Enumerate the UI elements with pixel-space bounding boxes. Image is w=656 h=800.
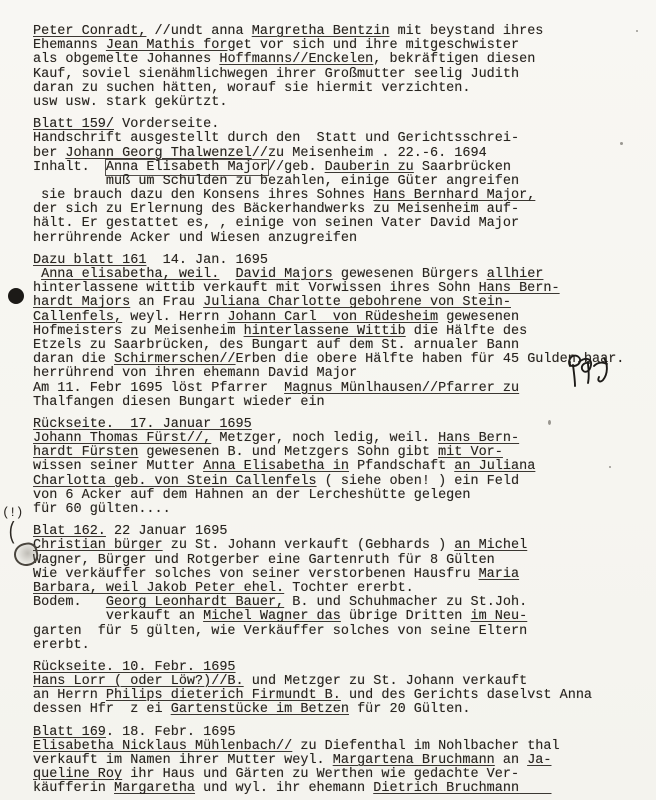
text-line: daran zu suchen hätten, worauf sie hierm… — [33, 82, 646, 96]
text-segment: und des Gerichts daselvst Anna — [341, 688, 592, 703]
underlined-segment: Barbara, weil Jakob Peter ehel. — [33, 581, 284, 596]
underlined-segment: Margretha Bentzin — [252, 24, 390, 39]
text-line: Inhalt. Anna Elisabeth Major//geb. Daube… — [33, 161, 646, 175]
text-line: Rückseite. 10. Febr. 1695 — [33, 661, 646, 675]
underlined-segment: Hans Bernhard Major, — [373, 188, 535, 203]
text-segment: ( siehe oben! ) ein Feld — [317, 474, 520, 489]
text-segment: ihr Haus und Gärten zu Werthen wie gedac… — [122, 767, 519, 782]
text-segment: Etzels zu Saarbrücken, des Bungart auf d… — [33, 338, 519, 353]
underlined-segment: Callenfels, — [33, 310, 122, 325]
text-line: wissen seiner Mutter Anna Elisabetha in … — [33, 460, 646, 474]
text-line: von 6 Acker auf dem Hahnen an der Lerche… — [33, 489, 646, 503]
text-line: Etzels zu Saarbrücken, des Bungart auf d… — [33, 339, 646, 353]
text-line: hardt Fürsten gewesenen B. und Metzgers … — [33, 446, 646, 460]
text-segment: 22 Januar 1695 — [106, 524, 228, 539]
underlined-segment: Georg Leonhardt Bauer, — [106, 595, 284, 610]
text-segment: B. und Schuhmacher zu St.Joh. — [284, 595, 527, 610]
text-segment: ererbt. — [33, 638, 90, 653]
scan-speck — [548, 420, 551, 425]
underlined-segment: Juliana Charlotte gebohrene von Stein- — [203, 295, 511, 310]
text-line: Dazu blatt 161 14. Jan. 1695 — [33, 254, 646, 268]
document-body: Peter Conradt, //undt anna Margretha Ben… — [33, 25, 646, 800]
underlined-segment: Hans Bern- — [438, 431, 519, 446]
boxed-name-segment: Anna Elisabeth Major — [106, 160, 268, 175]
text-segment: garten für 5 gülten, wie Verkäuffer solc… — [33, 624, 527, 639]
text-line: garten für 5 gülten, wie Verkäuffer solc… — [33, 625, 646, 639]
underlined-segment: hinterlassene Wittib — [244, 324, 406, 339]
text-segment: der sich zu Erlernung des Bäckerhandwerk… — [33, 202, 519, 217]
underlined-segment: Blat 162. — [33, 524, 106, 539]
entry-blatt-159-vorderseite: Blatt 159/ Vorderseite.Handschrift ausge… — [33, 118, 646, 246]
text-segment: 14. Jan. 1695 — [146, 253, 268, 268]
entry-rueckseite-10-febr-1695: Rückseite. 10. Febr. 1695Hans Lorr ( ode… — [33, 661, 646, 718]
text-segment: wissen seiner Mutter — [33, 459, 203, 474]
text-line: ererbt. — [33, 639, 646, 653]
text-segment: Bodem. — [33, 595, 106, 610]
underlined-segment: Hoffmanns//Enckelen — [219, 52, 373, 67]
underlined-segment: Gartenstücke im Betzen — [171, 702, 349, 717]
text-line: Blat 162. 22 Januar 1695 — [33, 525, 646, 539]
underlined-segment: Michel Wagner das — [203, 609, 341, 624]
text-line: hält. Er gestattet es, , einige von sein… — [33, 217, 646, 231]
underlined-segment: Margaretha — [114, 781, 195, 796]
text-segment: daran zu suchen hätten, worauf sie hierm… — [33, 81, 470, 96]
text-segment: verkauft im Namen ihrer Mutter weyl. — [33, 753, 333, 768]
underlined-segment: hardt Majors — [33, 295, 130, 310]
text-line: Hans Lorr ( oder Löw?)//B. und Metzger z… — [33, 675, 646, 689]
text-line: verkauft an Michel Wagner das übrige Dri… — [33, 610, 646, 624]
text-line: herrührend von ihren ehemann David Major — [33, 367, 646, 381]
underlined-segment: allhier — [487, 267, 544, 282]
text-segment: Metzger, noch ledig, weil. — [211, 431, 438, 446]
text-segment: hält. Er gestattet es, , einige von sein… — [33, 216, 519, 231]
text-segment: Hofmeisters zu Meisenheim — [33, 324, 244, 339]
text-segment: hinterlassene wittib verkauft mit Vorwis… — [33, 281, 479, 296]
underlined-segment: Schirmerschen// — [114, 352, 236, 367]
text-line: Johann Thomas Fürst//, Metzger, noch led… — [33, 432, 646, 446]
underlined-segment: Anna elisabetha, weil. — [41, 267, 219, 282]
text-segment: //undt anna — [146, 24, 251, 39]
text-segment: //geb. — [268, 160, 325, 175]
text-segment: an Herrn — [33, 688, 106, 703]
text-segment: get vor sich und ihre mitgeschwister — [227, 38, 519, 53]
text-line: dessen Hfr z ei Gartenstücke im Betzen f… — [33, 703, 646, 717]
underlined-segment: Johann Carl von Rüdesheim — [227, 310, 438, 325]
text-line: Handschrift ausgestellt durch den Statt … — [33, 132, 646, 146]
text-line: an Herrn Philips dieterich Firmundt B. u… — [33, 689, 646, 703]
text-line: queline Roy ihr Haus und Gärten zu Werth… — [33, 768, 646, 782]
underlined-segment: queline Roy — [33, 767, 122, 782]
text-line: Am 11. Febr 1695 löst Pfarrer Magnus Mün… — [33, 382, 646, 396]
text-line: Wie verkäuffer solches von seiner versto… — [33, 568, 646, 582]
underlined-segment: Anna Elisabetha in — [203, 459, 349, 474]
text-segment: zu Diefenthal im Nohlbacher thal — [292, 739, 559, 754]
text-segment: Inhalt. — [33, 160, 106, 175]
text-segment: die Hälfte des — [406, 324, 528, 339]
text-line: hinterlassene wittib verkauft mit Vorwis… — [33, 282, 646, 296]
text-segment: gewesenen Bürgers — [333, 267, 487, 282]
text-line: Anna elisabetha, weil. David Majors gewe… — [33, 268, 646, 282]
text-line: Callenfels, weyl. Herrn Johann Carl von … — [33, 311, 646, 325]
text-segment: herrührend von ihren ehemann David Major — [33, 366, 357, 381]
underlined-segment: Magnus Münlhausen//Pfarrer zu — [284, 381, 519, 396]
text-segment: Pfandschaft — [349, 459, 454, 474]
underlined-segment: Jean Mathis for — [106, 38, 228, 53]
entry-blatt-169: Blatt 169. 18. Febr. 1695Elisabetha Nick… — [33, 726, 646, 797]
text-segment: und wyl. ihr ehemann — [195, 781, 373, 796]
text-segment: , bekräftigen diesen — [373, 52, 535, 67]
text-segment: und Metzger zu St. Johann verkauft — [244, 674, 528, 689]
text-line: der sich zu Erlernung des Bäckerhandwerk… — [33, 203, 646, 217]
entry-blat-162: Blat 162. 22 Januar 1695Christian bürger… — [33, 525, 646, 653]
text-segment: Wagner, Bürger und Rotgerber eine Garten… — [33, 553, 495, 568]
text-segment: zu St. Johann verkauft (Gebhards ) — [163, 538, 455, 553]
underlined-segment: Hans Lorr ( oder Löw?)//B. — [33, 674, 244, 689]
underlined-segment: Dazu blatt 161 — [33, 253, 146, 268]
underlined-segment: Dauberin zu — [325, 160, 414, 175]
underlined-segment: Blatt 159/ — [33, 117, 114, 132]
underlined-segment: Hans Bern- — [479, 281, 560, 296]
text-segment: an Frau — [130, 295, 203, 310]
entry-peter-conradt: Peter Conradt, //undt anna Margretha Ben… — [33, 25, 646, 110]
text-segment: dessen Hfr z ei — [33, 702, 171, 717]
text-segment: gewesenen B. und Metzgers Sohn gibt — [138, 445, 438, 460]
underlined-segment: Johann Georg Thalwenzel — [65, 146, 251, 161]
text-line: Christian bürger zu St. Johann verkauft … — [33, 539, 646, 553]
underlined-segment: hardt Fürsten — [33, 445, 138, 460]
text-segment: . 18. Febr. 1695 — [106, 725, 236, 740]
text-line: Kauf, soviel sienähmlichwegen ihrer Groß… — [33, 68, 646, 82]
entry-rueckseite-17-jan-1695: Rückseite. 17. Januar 1695Johann Thomas … — [33, 418, 646, 517]
text-segment: mit beystand ihres — [389, 24, 543, 39]
text-line: Rückseite. 17. Januar 1695 — [33, 418, 646, 432]
text-line: für 60 gülten.... — [33, 503, 646, 517]
handwritten-pfr-mark — [563, 350, 615, 396]
text-segment: weyl. Herrn — [122, 310, 227, 325]
underlined-segment: Charlotta geb. von Stein Callenfels — [33, 474, 317, 489]
punch-hole-ink-dot — [8, 288, 24, 304]
text-segment: Tochter ererbt. — [284, 581, 414, 596]
text-line: Hofmeisters zu Meisenheim hinterlassene … — [33, 325, 646, 339]
text-line: Thalfangen diesen Bungart wieder ein — [33, 396, 646, 410]
underlined-segment: Peter Conradt, — [33, 24, 146, 39]
underlined-segment: Rückseite. 10. Febr. 1695 — [33, 660, 236, 675]
margin-exclaim-note: (!) — [2, 505, 22, 520]
text-segment: von 6 Acker auf dem Hahnen an der Lerche… — [33, 488, 470, 503]
text-line: hardt Majors an Frau Juliana Charlotte g… — [33, 296, 646, 310]
underlined-segment: an Michel — [454, 538, 527, 553]
text-line: verkauft im Namen ihrer Mutter weyl. Mar… — [33, 754, 646, 768]
text-segment: für 20 Gülten. — [349, 702, 471, 717]
underlined-segment: Philips dieterich Firmundt B. — [106, 688, 341, 703]
text-line: käufferin Margaretha und wyl. ihr eheman… — [33, 782, 646, 796]
text-segment: Kauf, soviel sienähmlichwegen ihrer Groß… — [33, 67, 519, 82]
text-line: Bodem. Georg Leonhardt Bauer, B. und Sch… — [33, 596, 646, 610]
text-segment: sie brauch dazu den Konsens ihres Sohnes — [33, 188, 373, 203]
scan-speck — [620, 142, 623, 145]
margin-paren-mark: ( — [7, 520, 17, 547]
underlined-segment: an Juliana — [454, 459, 535, 474]
text-segment: käufferin — [33, 781, 114, 796]
text-segment: Thalfangen diesen Bungart wieder ein — [33, 395, 325, 410]
text-segment — [33, 267, 41, 282]
text-line: usw usw. stark gekürtzt. — [33, 96, 646, 110]
text-segment: herrührende Acker und Wiesen anzugreifen — [33, 231, 357, 246]
underlined-segment: Christian bürger — [33, 538, 163, 553]
text-segment: Wie verkäuffer solches von seiner versto… — [33, 567, 479, 582]
text-segment: Handschrift ausgestellt durch den Statt … — [33, 131, 519, 146]
entry-dazu-blatt-161: Dazu blatt 161 14. Jan. 1695 Anna elisab… — [33, 254, 646, 410]
text-line: Charlotta geb. von Stein Callenfels ( si… — [33, 475, 646, 489]
text-line: herrührende Acker und Wiesen anzugreifen — [33, 232, 646, 246]
text-line: daran die Schirmerschen//Erben die obere… — [33, 353, 646, 367]
underlined-segment: David Majors — [236, 267, 333, 282]
text-segment: Am 11. Febr 1695 löst Pfarrer — [33, 381, 284, 396]
underlined-segment: Johann Thomas Fürst//, — [33, 431, 211, 446]
text-line: Barbara, weil Jakob Peter ehel. Tochter … — [33, 582, 646, 596]
text-segment: Vorderseite. — [114, 117, 219, 132]
text-line: Peter Conradt, //undt anna Margretha Ben… — [33, 25, 646, 39]
text-segment — [219, 267, 235, 282]
text-line: Ehemanns Jean Mathis forget vor sich und… — [33, 39, 646, 53]
text-segment: an — [495, 753, 527, 768]
text-segment: als obgemelte Johannes — [33, 52, 219, 67]
text-segment: gewesenen — [438, 310, 519, 325]
scan-speck — [609, 466, 611, 468]
underlined-segment: Rückseite. 17. Januar 1695 — [33, 417, 252, 432]
underlined-segment: Blatt 169 — [33, 725, 106, 740]
text-segment: daran die — [33, 352, 114, 367]
scan-speck — [636, 30, 638, 32]
text-segment: //zu Meisenheim . 22.-6. 1694 — [252, 146, 487, 161]
text-segment: für 60 gülten.... — [33, 502, 171, 517]
underlined-segment: Margartena Bruchmann — [333, 753, 495, 768]
underlined-segment: Elisabetha Nicklaus Mühlenbach// — [33, 739, 292, 754]
text-segment: Ehemanns — [33, 38, 106, 53]
text-segment: muß um Schulden zu bezahlen, einige Güte… — [33, 174, 519, 189]
underlined-segment: Dietrich Bruchmann — [373, 781, 519, 796]
underlined-segment: im Neu- — [471, 609, 528, 624]
text-segment: Saarbrücken — [414, 160, 511, 175]
underlined-segment: mit Vor- — [438, 445, 503, 460]
text-line: muß um Schulden zu bezahlen, einige Güte… — [33, 175, 646, 189]
text-line: Elisabetha Nicklaus Mühlenbach// zu Dief… — [33, 740, 646, 754]
underlined-segment — [519, 781, 551, 796]
text-segment: usw usw. stark gekürtzt. — [33, 95, 227, 110]
text-line: als obgemelte Johannes Hoffmanns//Enckel… — [33, 53, 646, 67]
text-line: Wagner, Bürger und Rotgerber eine Garten… — [33, 554, 646, 568]
text-segment: ber — [33, 146, 65, 161]
text-segment: verkauft an — [33, 609, 203, 624]
underlined-segment: Maria — [479, 567, 520, 582]
text-line: Blatt 169. 18. Febr. 1695 — [33, 726, 646, 740]
underlined-segment: Ja- — [527, 753, 551, 768]
text-segment: übrige Dritten — [341, 609, 471, 624]
text-line: ber Johann Georg Thalwenzel//zu Meisenhe… — [33, 147, 646, 161]
text-line: sie brauch dazu den Konsens ihres Sohnes… — [33, 189, 646, 203]
text-line: Blatt 159/ Vorderseite. — [33, 118, 646, 132]
